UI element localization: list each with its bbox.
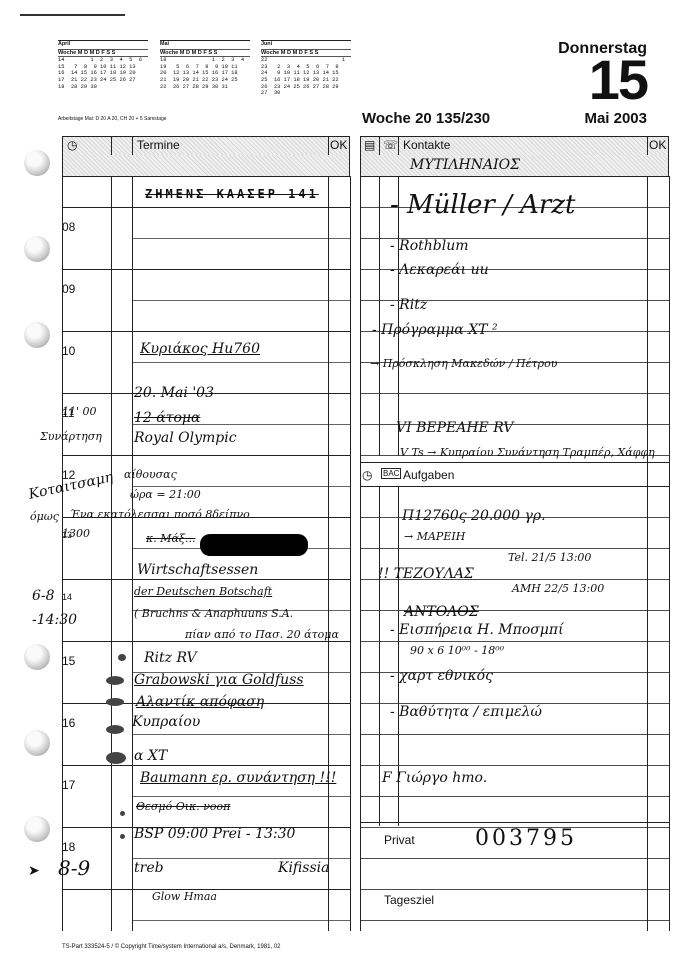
rule-line [360, 822, 669, 823]
week-row: 18 1 2 3 4 [160, 57, 250, 64]
entry-17a: Baumann ερ. συνάντηση !!! [140, 770, 336, 786]
kontakte-title: Kontakte [398, 136, 648, 156]
rule-line [62, 579, 350, 580]
entry-12c: Ένα εκατόλεσσαι ποσό 8δείπνο [70, 508, 250, 521]
week-row: 14 1 2 3 4 5 6 [58, 57, 148, 64]
rule-line [360, 889, 669, 890]
kontakt-entry: V Ts → Κυπραίου Συνάντηση Τραμπέρ, Χάφφη [400, 446, 655, 459]
kontakt-entry: → Πρόσκληση Μακεδών / Πέτρου [370, 357, 557, 370]
hour-17: 17 [62, 778, 75, 792]
mini-calendar-may: Mai Woche M D M D F S S 18 1 2 3 4 19 5 … [160, 40, 250, 90]
month-name: April [58, 40, 148, 50]
hour-16: 16 [62, 716, 75, 730]
entry-18c: Kifissia [278, 860, 329, 876]
rule-line [132, 920, 350, 921]
entry-10: Κυριάκος Ηu760 [140, 341, 260, 357]
aufgabe-entry: ΑΜΗ 22/5 13:00 [512, 582, 604, 595]
bullet-mark [120, 811, 125, 816]
entry-17b: Θεσμό Οικ. νοοπ [136, 800, 230, 813]
week-row: 22 1 [261, 57, 351, 64]
month-name: Mai [160, 40, 250, 50]
hour-15: 15 [62, 654, 75, 668]
rule-line [62, 765, 350, 766]
hour-18: 18 [62, 840, 75, 854]
entry-18b: treb [134, 860, 164, 876]
kontakt-entry: ΜΥΤΙΛΗΝΑΙΟΣ [410, 157, 520, 173]
week-row: 22 26 27 28 29 30 31 [160, 84, 250, 91]
entry-16b: α XT [134, 748, 167, 764]
rule-line [360, 796, 669, 797]
hour-10: 10 [62, 344, 75, 358]
redaction-mark [200, 534, 308, 556]
rule-line [360, 920, 669, 921]
aufgabe-entry: → ΜΑΡΕΙΗ [404, 530, 465, 543]
rule-line [132, 300, 350, 301]
entry-10b: 20. Mai '03 [134, 385, 214, 401]
week-row: 20 12 13 14 15 16 17 18 [160, 70, 250, 77]
mini-calendar-april: April Woche M D M D F S S 14 1 2 3 4 5 6… [58, 40, 148, 90]
rule-line [379, 486, 380, 826]
rule-line [360, 765, 669, 766]
termine-ok: OK [328, 136, 350, 156]
mini-calendar-june: Juni Woche M D M D F S S 22 1 23 2 3 4 5… [261, 40, 351, 97]
time-header: ◷ [62, 136, 112, 156]
rule-line [132, 238, 350, 239]
week-row: 15 7 8 9 10 11 12 13 [58, 64, 148, 71]
entry-15a: Ritz RV [144, 650, 197, 666]
aufgabe-entry: !! ΤΕΖΟΥΛΑΣ [378, 566, 474, 582]
kontakt-entry: - Ritz [390, 297, 427, 313]
rule-line [360, 176, 361, 931]
entry-13b: Wirtschaftsessen [137, 562, 258, 578]
punch-hole [24, 730, 50, 756]
entry-11b: Royal Olympic [134, 430, 237, 446]
aufgabe-entry: Π12760ς 20.000 γρ. [402, 508, 546, 524]
aufgabe-entry: - χαρτ εθνικός [390, 668, 493, 684]
calendar-header: Woche M D M D F S S [58, 50, 148, 58]
margin-note-14b: -14:30 [32, 612, 77, 628]
month-year: Mai 2003 [584, 110, 647, 127]
bullet-mark [106, 725, 124, 734]
entry-12b: ώρα = 21:00 [130, 488, 201, 501]
privat-label: Privat [384, 833, 415, 847]
kontakte-ok: OK [647, 136, 669, 156]
calendar-header: Woche M D M D F S S [261, 50, 351, 58]
aufgabe-entry: F Γιώργο hmo. [382, 770, 487, 786]
kontakt-entry: - Λεκαρεάι uu [390, 262, 489, 278]
margin-note-11b: Συνάρτηση [40, 430, 102, 443]
entry-top: ΖΗΜΕΝΣ ΚΑΑΣΕΡ 141 [145, 187, 319, 201]
clock-icon: ◷ [67, 138, 77, 152]
rule-line [132, 796, 350, 797]
phone-header: ☏ [379, 136, 399, 156]
margin-note-13: 1300 [62, 527, 90, 540]
week-row: 19 5 6 7 8 9 10 11 [160, 64, 250, 71]
bullet-mark [120, 834, 125, 839]
entry-18a: BSP 09:00 Prei - 13:30 [134, 826, 295, 842]
entry-14a: ( Bruchns & Anaphuuns S.A. [134, 607, 293, 620]
week-row: 21 19 20 21 22 23 24 25 [160, 77, 250, 84]
week-row: 24 9 10 11 12 13 14 15 [261, 70, 351, 77]
rule-line [132, 734, 350, 735]
rule-line [360, 734, 669, 735]
day-number: 15 [589, 52, 647, 108]
termine-title: Termine [132, 136, 329, 156]
kontakt-entry: VI BEPEAHE RV [396, 420, 513, 436]
kontakt-entry: - Πρόγραμμα XT ² [372, 322, 498, 338]
margin-note-14: 6-8 [32, 588, 55, 604]
week-row: 18 28 29 30 [58, 84, 148, 91]
rule-line [62, 331, 350, 332]
hour-14: 14 [62, 592, 72, 602]
entry-15c: Αλαντίκ απόφαση [136, 694, 264, 710]
week-row: 17 21 22 23 24 25 26 27 [58, 77, 148, 84]
week-row: 27 30 [261, 90, 351, 97]
week-info: Woche 20 135/230 [362, 110, 490, 127]
bullet-mark [106, 698, 124, 706]
rule-line [669, 176, 670, 931]
kontakt-entry: - Rothblum [390, 238, 469, 254]
rule-line [62, 269, 350, 270]
hour-09: 09 [62, 282, 75, 296]
calendar-header: Woche M D M D F S S [160, 50, 250, 58]
rule-line [111, 176, 112, 931]
entry-13a: κ. Μάξ... [146, 532, 195, 545]
rule-line [360, 858, 669, 859]
arrow-right-icon: ➤ [28, 862, 40, 879]
aufgabe-entry: 90 x 6 10⁰⁰ - 18⁰⁰ [410, 644, 504, 657]
rule-line [360, 641, 669, 642]
bullet-mark [106, 676, 124, 685]
serial-stamp: 003795 [475, 826, 577, 851]
week-row: 25 16 17 18 19 20 21 22 [261, 77, 351, 84]
termine-shaded-row [62, 155, 350, 177]
mark-header [111, 136, 133, 156]
entry-14b: πίαν από το Πασ. 20 άτομα [185, 628, 339, 641]
margin-note-18: 8-9 [58, 856, 90, 880]
aufgaben-clock-icon: ◷ [362, 468, 372, 482]
entry-18d: Glow Hmaa [152, 890, 217, 903]
punch-hole [24, 644, 50, 670]
bullet-mark [106, 752, 126, 764]
entry-16a: Κυπραίου [132, 714, 200, 730]
rule-line [350, 176, 351, 931]
aufgabe-entry: - Εισπήρεια Η. Μποσμπί [390, 622, 564, 638]
entry-15b: Grabowski για Goldfuss [134, 672, 304, 688]
week-row: 26 23 24 25 26 27 28 29 [261, 84, 351, 91]
rule-line [328, 176, 329, 931]
hour-08: 08 [62, 220, 75, 234]
month-name: Juni [261, 40, 351, 50]
rule-line [132, 858, 350, 859]
week-row: 16 14 15 16 17 18 19 20 [58, 70, 148, 77]
aufgaben-title: Aufgaben [403, 468, 454, 482]
rule-line [360, 548, 669, 549]
rule-line [360, 393, 669, 394]
notes-header: ▤ [360, 136, 380, 156]
notepad-icon: ▤ [364, 138, 375, 152]
punch-hole [24, 322, 50, 348]
kontakt-entry: - Müller / Arzt [390, 190, 576, 220]
aufgabe-entry: Tel. 21/5 13:00 [508, 551, 591, 564]
priority-abc-icon: BAC [381, 468, 401, 479]
entry-12a: αίθουσας [124, 468, 177, 481]
margin-note-11: 11' 00 [62, 405, 97, 418]
rule-line [62, 207, 350, 208]
workdays-note: Arbeitstage Mai: D 20 A 20, CH 20 + 5 Sa… [58, 116, 167, 122]
rule-line [62, 455, 350, 456]
punch-hole [24, 816, 50, 842]
week-row: 23 2 3 4 5 6 7 8 [261, 64, 351, 71]
entry-11a: 12 άτομα [134, 410, 200, 426]
tagesziel-label: Tagesziel [384, 893, 434, 907]
rule-line [647, 176, 648, 931]
copyright-footer: TS-Part 333524-5 / © Copyright Time/syst… [62, 944, 281, 950]
rule-line [360, 486, 669, 487]
aufgabe-entry: ΑΝΤΟΛΟΣ [404, 604, 479, 620]
rule-line [132, 362, 350, 363]
entry-13c: der Deutschen Botschaft [134, 585, 272, 598]
bullet-mark [118, 654, 126, 661]
rule-line [360, 462, 669, 463]
margin-note-12b: όμως [30, 510, 59, 523]
rule-line [62, 641, 350, 642]
rule-line [132, 486, 350, 487]
top-rule [20, 14, 125, 16]
aufgabe-entry: - Βαθύτητα / επιμελώ [390, 704, 542, 720]
punch-hole [24, 236, 50, 262]
rule-line [379, 176, 380, 456]
rule-line [132, 176, 133, 931]
phone-icon: ☏ [383, 138, 398, 152]
punch-hole [24, 150, 50, 176]
